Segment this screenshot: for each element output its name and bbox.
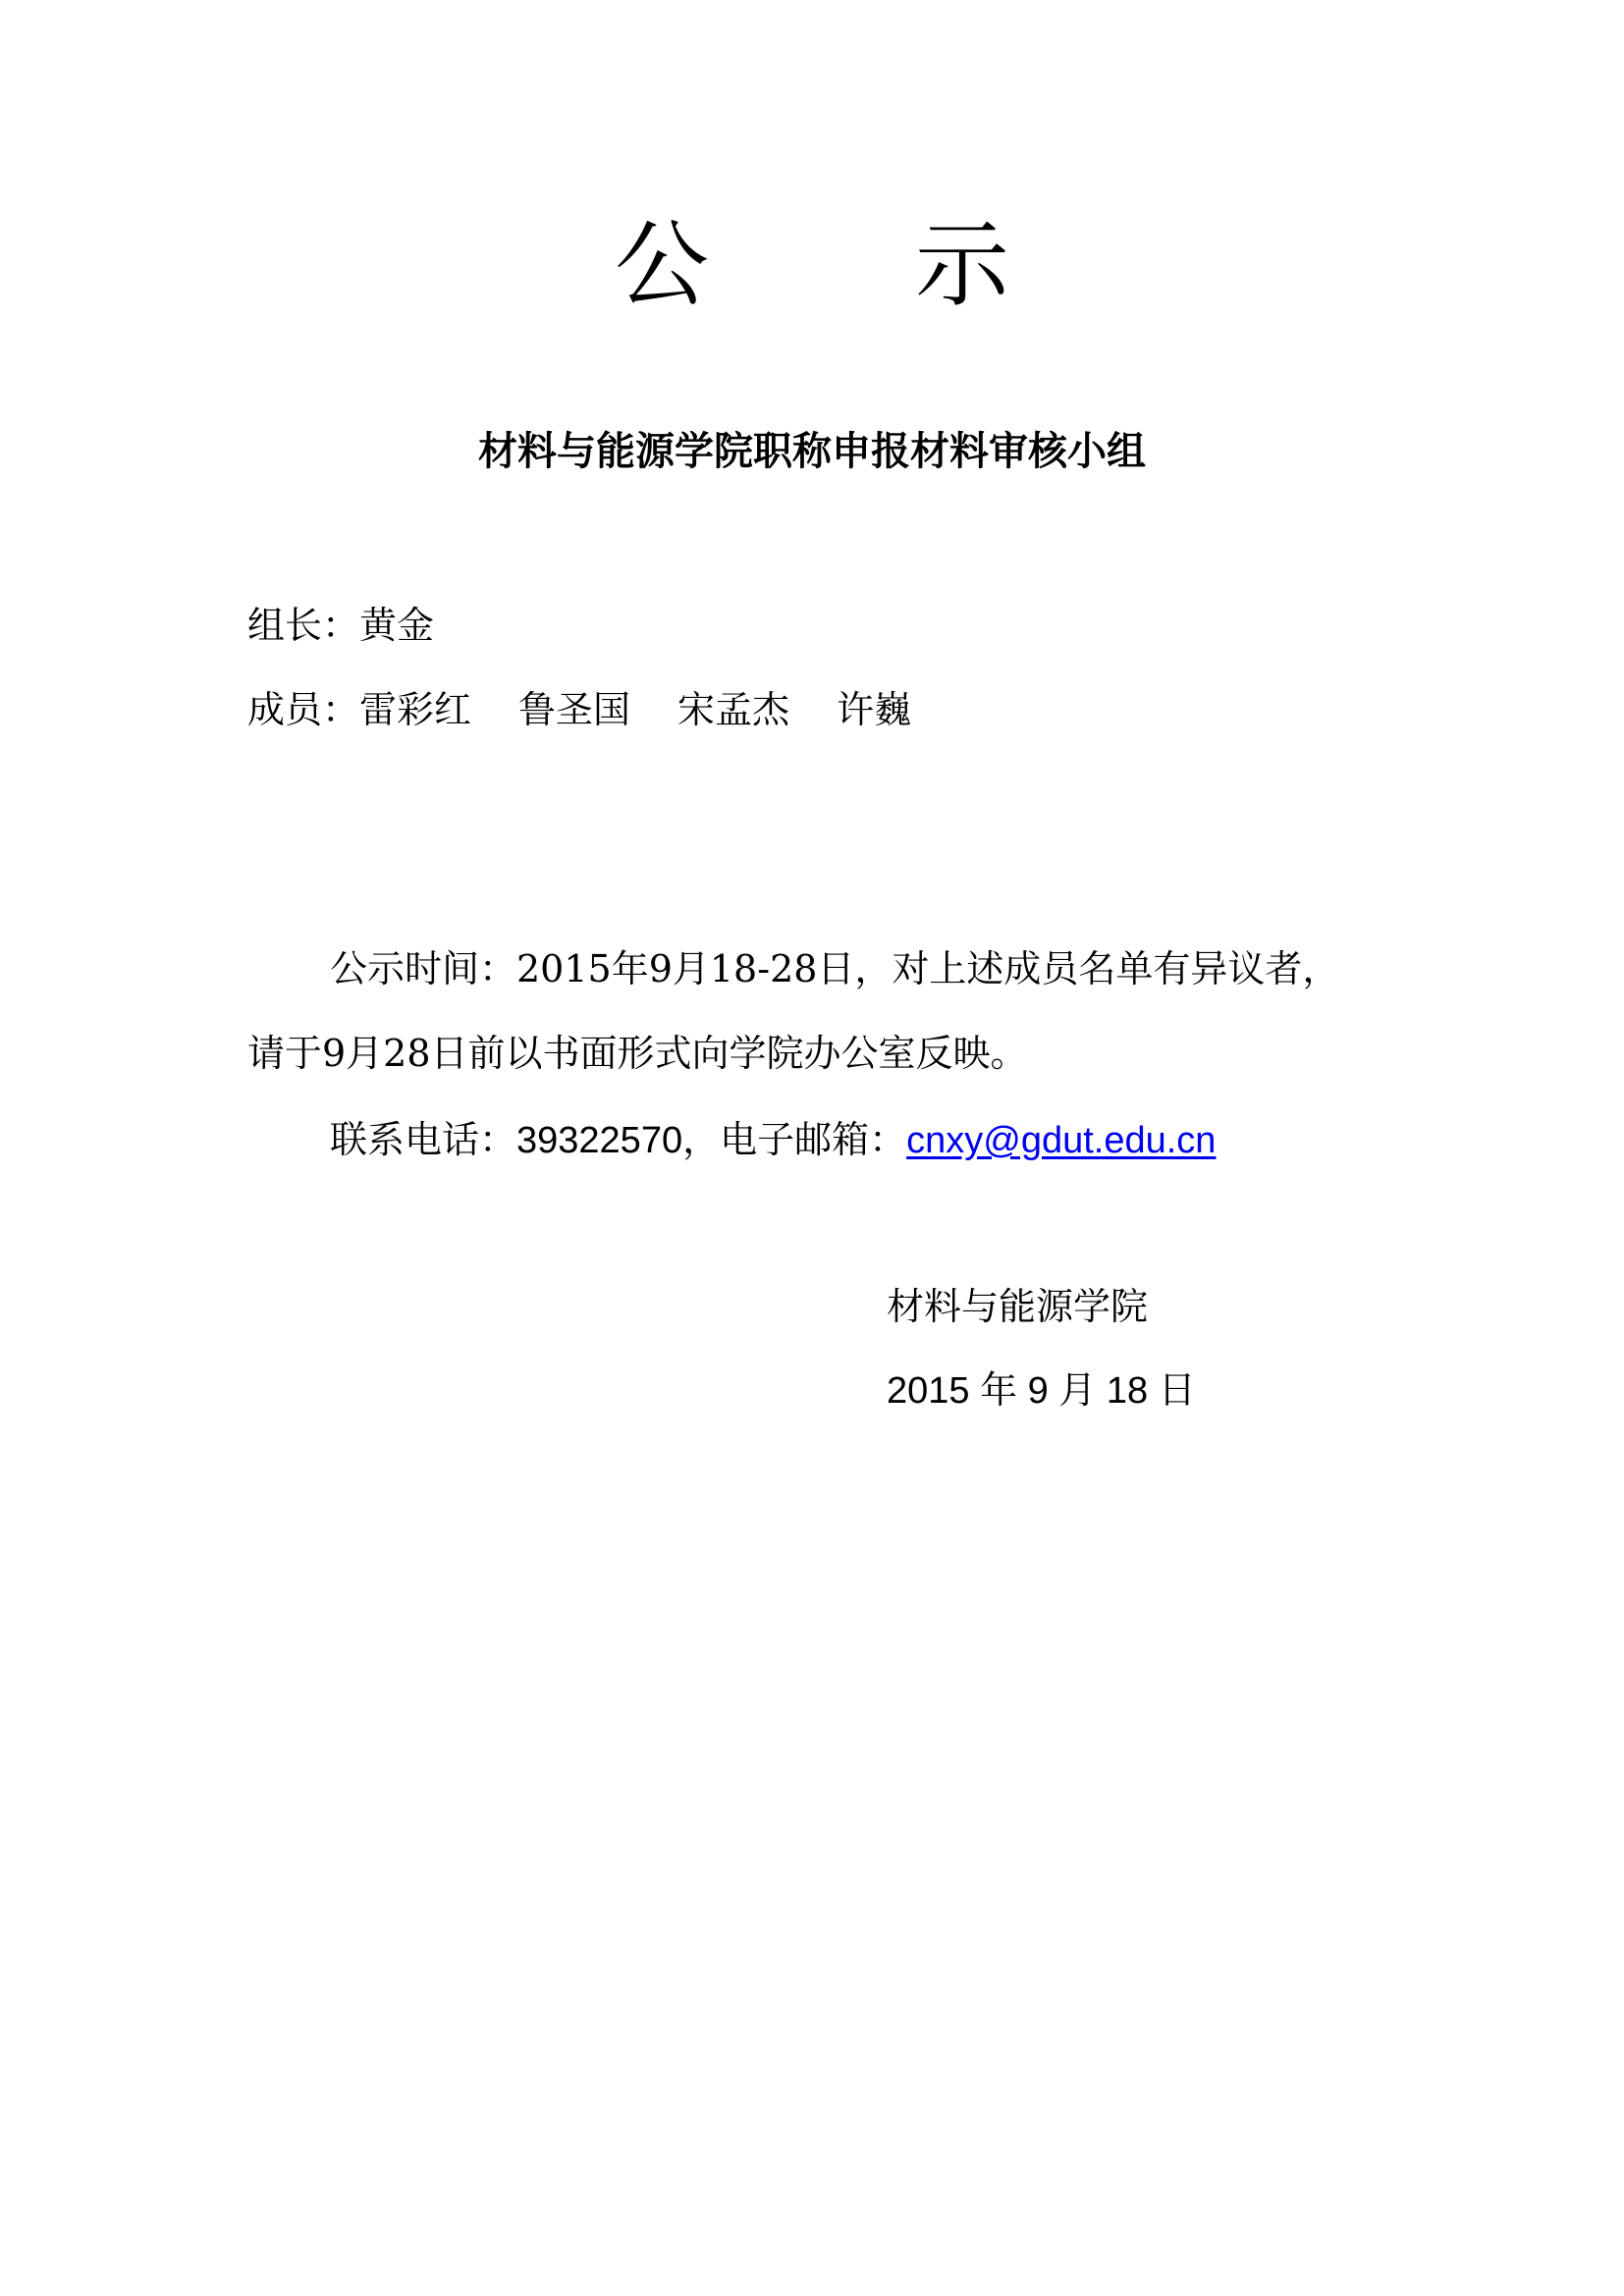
committee-subtitle: 材料与能源学院职称申报材料审核小组 (0, 432, 1624, 471)
member-name: 许巍 (837, 691, 911, 728)
member-name: 鲁圣国 (518, 691, 630, 728)
leader-label: 组长： (247, 604, 359, 647)
title-char-1: 公 (615, 210, 709, 320)
leader-name: 黄金 (359, 604, 434, 647)
member-name: 宋孟杰 (677, 691, 789, 728)
signature-organization: 材料与能源学院 (887, 1288, 1148, 1325)
document-page: 公示 材料与能源学院职称申报材料审核小组 组长：黄金 成员：雷彩红鲁圣国宋孟杰许… (0, 0, 1624, 2296)
signature-date: 2015 年 9 月 18 日 (887, 1372, 1196, 1410)
title-char-2: 示 (915, 210, 1009, 320)
phone-number: 39322570 (516, 1120, 682, 1161)
leader-line: 组长：黄金 (247, 607, 434, 644)
contact-line: 联系电话：39322570，电子邮箱：cnxy@gdut.edu.cn (330, 1121, 1216, 1159)
contact-separator: ， (682, 1118, 720, 1161)
email-label: 电子邮箱： (720, 1118, 906, 1161)
email-link[interactable]: cnxy@gdut.edu.cn (906, 1120, 1216, 1161)
page-title: 公示 (0, 218, 1624, 312)
notice-instruction-text: 请于9月28日前以书面形式向学院办公室反映。 (247, 1035, 1028, 1072)
phone-label: 联系电话： (330, 1118, 516, 1161)
member-name: 雷彩红 (359, 691, 471, 728)
members-label: 成员： (247, 688, 359, 731)
notice-period-text: 公示时间：2015年9月18-28日，对上述成员名单有异议者， (330, 950, 1339, 988)
members-line: 成员：雷彩红鲁圣国宋孟杰许巍 (247, 691, 958, 728)
